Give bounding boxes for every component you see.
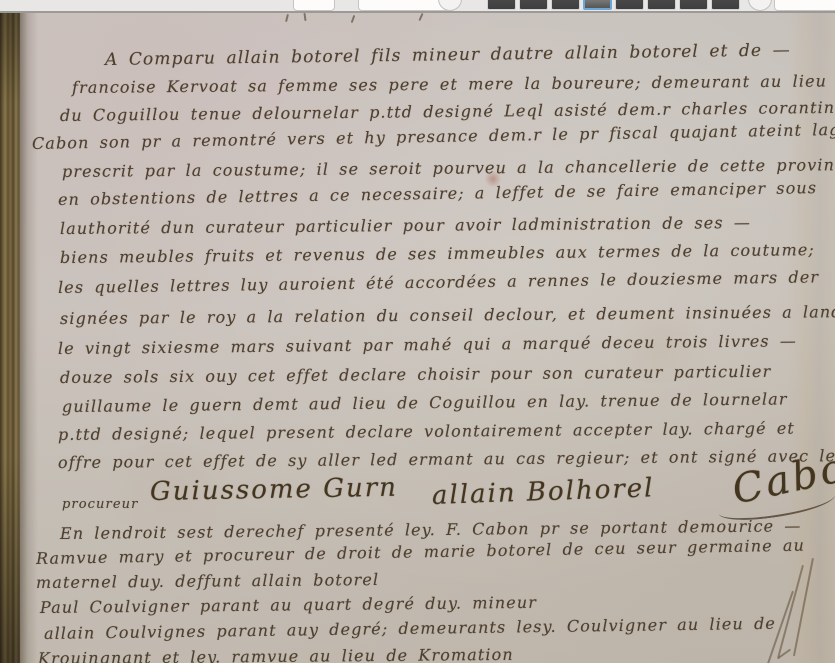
manuscript-line: Paul Coulvigner parant au quart degré du… bbox=[40, 594, 537, 617]
signature-prefix: procureur bbox=[62, 498, 138, 512]
manuscript-line: Krouingnant et ley. ramvue au lieu de Kr… bbox=[38, 646, 514, 663]
next-page-button[interactable] bbox=[748, 0, 772, 11]
page-thumbnail[interactable] bbox=[551, 0, 580, 10]
manuscript-line: A Comparu allain botorel fils mineur dau… bbox=[105, 41, 791, 69]
document-scan[interactable]: A Comparu allain botorel fils mineur dau… bbox=[0, 11, 835, 663]
filmstrip bbox=[487, 0, 743, 10]
manuscript-line: en obstentions de lettres a ce necessair… bbox=[58, 179, 817, 209]
viewer-toolbar bbox=[0, 0, 835, 11]
page-thumbnail[interactable] bbox=[679, 0, 708, 10]
manuscript-line: douze sols six ouy cet effet declare cho… bbox=[60, 363, 771, 387]
viewer-window: A Comparu allain botorel fils mineur dau… bbox=[0, 0, 835, 663]
manuscript-line: du Coguillou tenue delournelar p.ttd des… bbox=[60, 99, 835, 125]
page-thumbnail[interactable] bbox=[519, 0, 548, 10]
partial-stroke bbox=[303, 13, 306, 21]
manuscript-line: les quelles lettres luy auroient été acc… bbox=[58, 268, 819, 296]
manuscript-line: p.ttd designé; lequel present declare vo… bbox=[58, 420, 795, 444]
manuscript-line: lauthorité dun curateur particulier pour… bbox=[60, 214, 751, 238]
manuscript-line: guillaume le guern demt aud lieu de Cogu… bbox=[62, 390, 788, 415]
toolbar-search-box[interactable] bbox=[774, 0, 835, 11]
manuscript-line: biens meubles fruits et revenus de ses i… bbox=[60, 241, 815, 266]
page-thumbnail[interactable] bbox=[487, 0, 516, 10]
manuscript-line: signées par le roy a la relation du cons… bbox=[60, 303, 835, 328]
page-thumbnail[interactable] bbox=[647, 0, 676, 10]
manuscript-line: allain Coulvignes parant auy degré; deme… bbox=[44, 615, 776, 643]
manuscript-line: francoise Kervoat sa femme ses pere et m… bbox=[72, 72, 835, 96]
partial-stroke bbox=[351, 15, 356, 23]
manuscript-line: Cabon son pr a remontré vers et hy presa… bbox=[32, 121, 835, 153]
page-thumbnail[interactable] bbox=[711, 0, 740, 10]
toolbar-dropdown[interactable] bbox=[293, 0, 335, 11]
page-thumbnail[interactable] bbox=[615, 0, 644, 10]
partial-stroke bbox=[418, 13, 423, 21]
manuscript-line: prescrit par la coustume; il se seroit p… bbox=[62, 156, 835, 181]
signature-guillaume-guern: Guiussome Gurn bbox=[150, 475, 398, 505]
manuscript-line: maternel duy. deffunt allain botorel bbox=[36, 571, 379, 592]
page-thumbnail-selected[interactable] bbox=[583, 0, 612, 10]
signature-allain-botorel: allain Bolhorel bbox=[432, 475, 655, 509]
partial-stroke bbox=[285, 14, 289, 22]
book-binding-edge bbox=[0, 13, 20, 663]
